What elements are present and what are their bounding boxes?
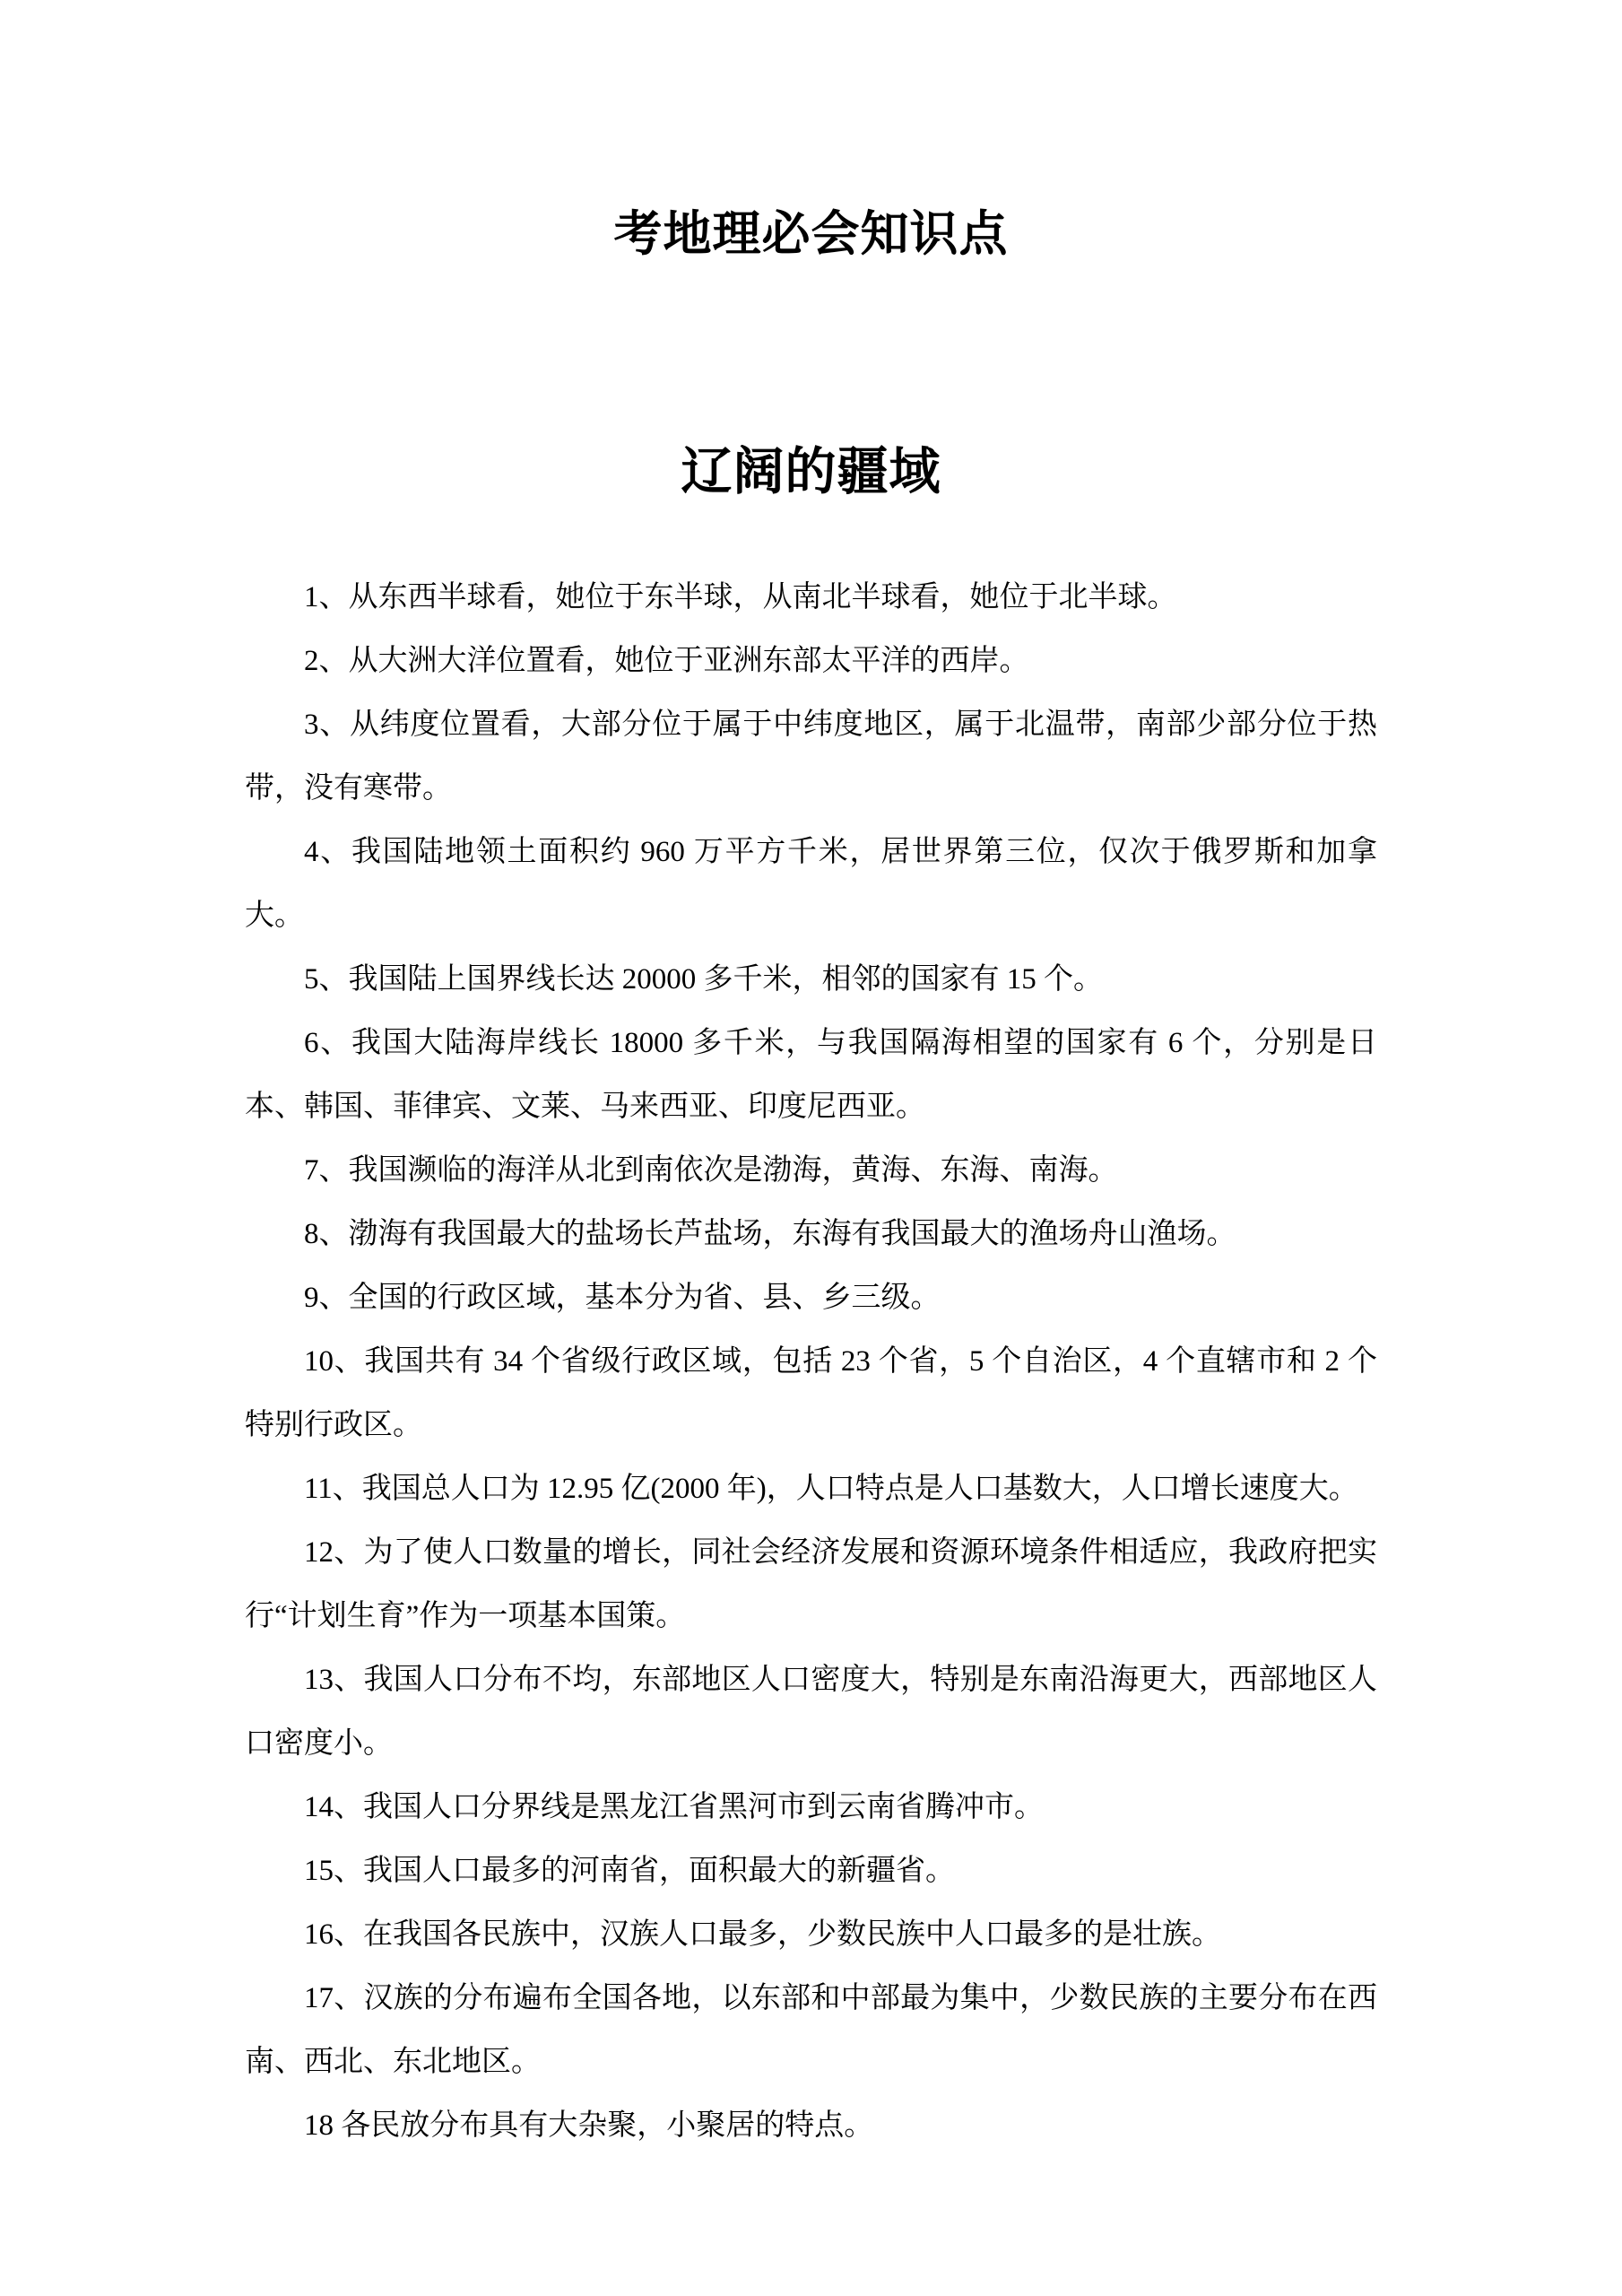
knowledge-point-3: 3、从纬度位置看，大部分位于属于中纬度地区，属于北温带，南部少部分位于热带，没有… xyxy=(245,693,1377,821)
document-title: 考地理必会知识点 xyxy=(245,204,1377,265)
knowledge-point-4: 4、我国陆地领土面积约 960 万平方千米，居世界第三位，仅次于俄罗斯和加拿大。 xyxy=(245,821,1377,948)
knowledge-point-13: 13、我国人口分布不均，东部地区人口密度大，特别是东南沿海更大，西部地区人口密度… xyxy=(245,1648,1377,1776)
knowledge-point-11: 11、我国总人口为 12.95 亿(2000 年)，人口特点是人口基数大，人口增… xyxy=(245,1457,1377,1521)
knowledge-point-12: 12、为了使人口数量的增长，同社会经济发展和资源环境条件相适应，我政府把实行“计… xyxy=(245,1521,1377,1648)
knowledge-point-10: 10、我国共有 34 个省级行政区域，包括 23 个省，5 个自治区，4 个直辖… xyxy=(245,1330,1377,1457)
knowledge-point-7: 7、我国濒临的海洋从北到南依次是渤海，黄海、东海、南海。 xyxy=(245,1139,1377,1203)
section-title: 辽阔的疆域 xyxy=(245,442,1377,503)
knowledge-point-14: 14、我国人口分界线是黑龙江省黑河市到云南省腾冲市。 xyxy=(245,1776,1377,1839)
document-page: 考地理必会知识点 辽阔的疆域 1、从东西半球看，她位于东半球，从南北半球看，她位… xyxy=(0,0,1622,2296)
knowledge-point-18: 18 各民放分布具有大杂聚，小聚居的特点。 xyxy=(245,2094,1377,2158)
knowledge-point-9: 9、全国的行政区域，基本分为省、县、乡三级。 xyxy=(245,1266,1377,1330)
knowledge-point-8: 8、渤海有我国最大的盐场长芦盐场，东海有我国最大的渔场舟山渔场。 xyxy=(245,1203,1377,1266)
knowledge-point-16: 16、在我国各民族中，汉族人口最多，少数民族中人口最多的是壮族。 xyxy=(245,1903,1377,1967)
knowledge-point-17: 17、汉族的分布遍布全国各地，以东部和中部最为集中，少数民族的主要分布在西南、西… xyxy=(245,1967,1377,2094)
knowledge-point-15: 15、我国人口最多的河南省，面积最大的新疆省。 xyxy=(245,1839,1377,1903)
knowledge-point-5: 5、我国陆上国界线长达 20000 多千米，相邻的国家有 15 个。 xyxy=(245,948,1377,1012)
knowledge-points-list: 1、从东西半球看，她位于东半球，从南北半球看，她位于北半球。 2、从大洲大洋位置… xyxy=(245,566,1377,2158)
knowledge-point-6: 6、我国大陆海岸线长 18000 多千米，与我国隔海相望的国家有 6 个，分别是… xyxy=(245,1012,1377,1139)
knowledge-point-2: 2、从大洲大洋位置看，她位于亚洲东部太平洋的西岸。 xyxy=(245,630,1377,693)
knowledge-point-1: 1、从东西半球看，她位于东半球，从南北半球看，她位于北半球。 xyxy=(245,566,1377,630)
